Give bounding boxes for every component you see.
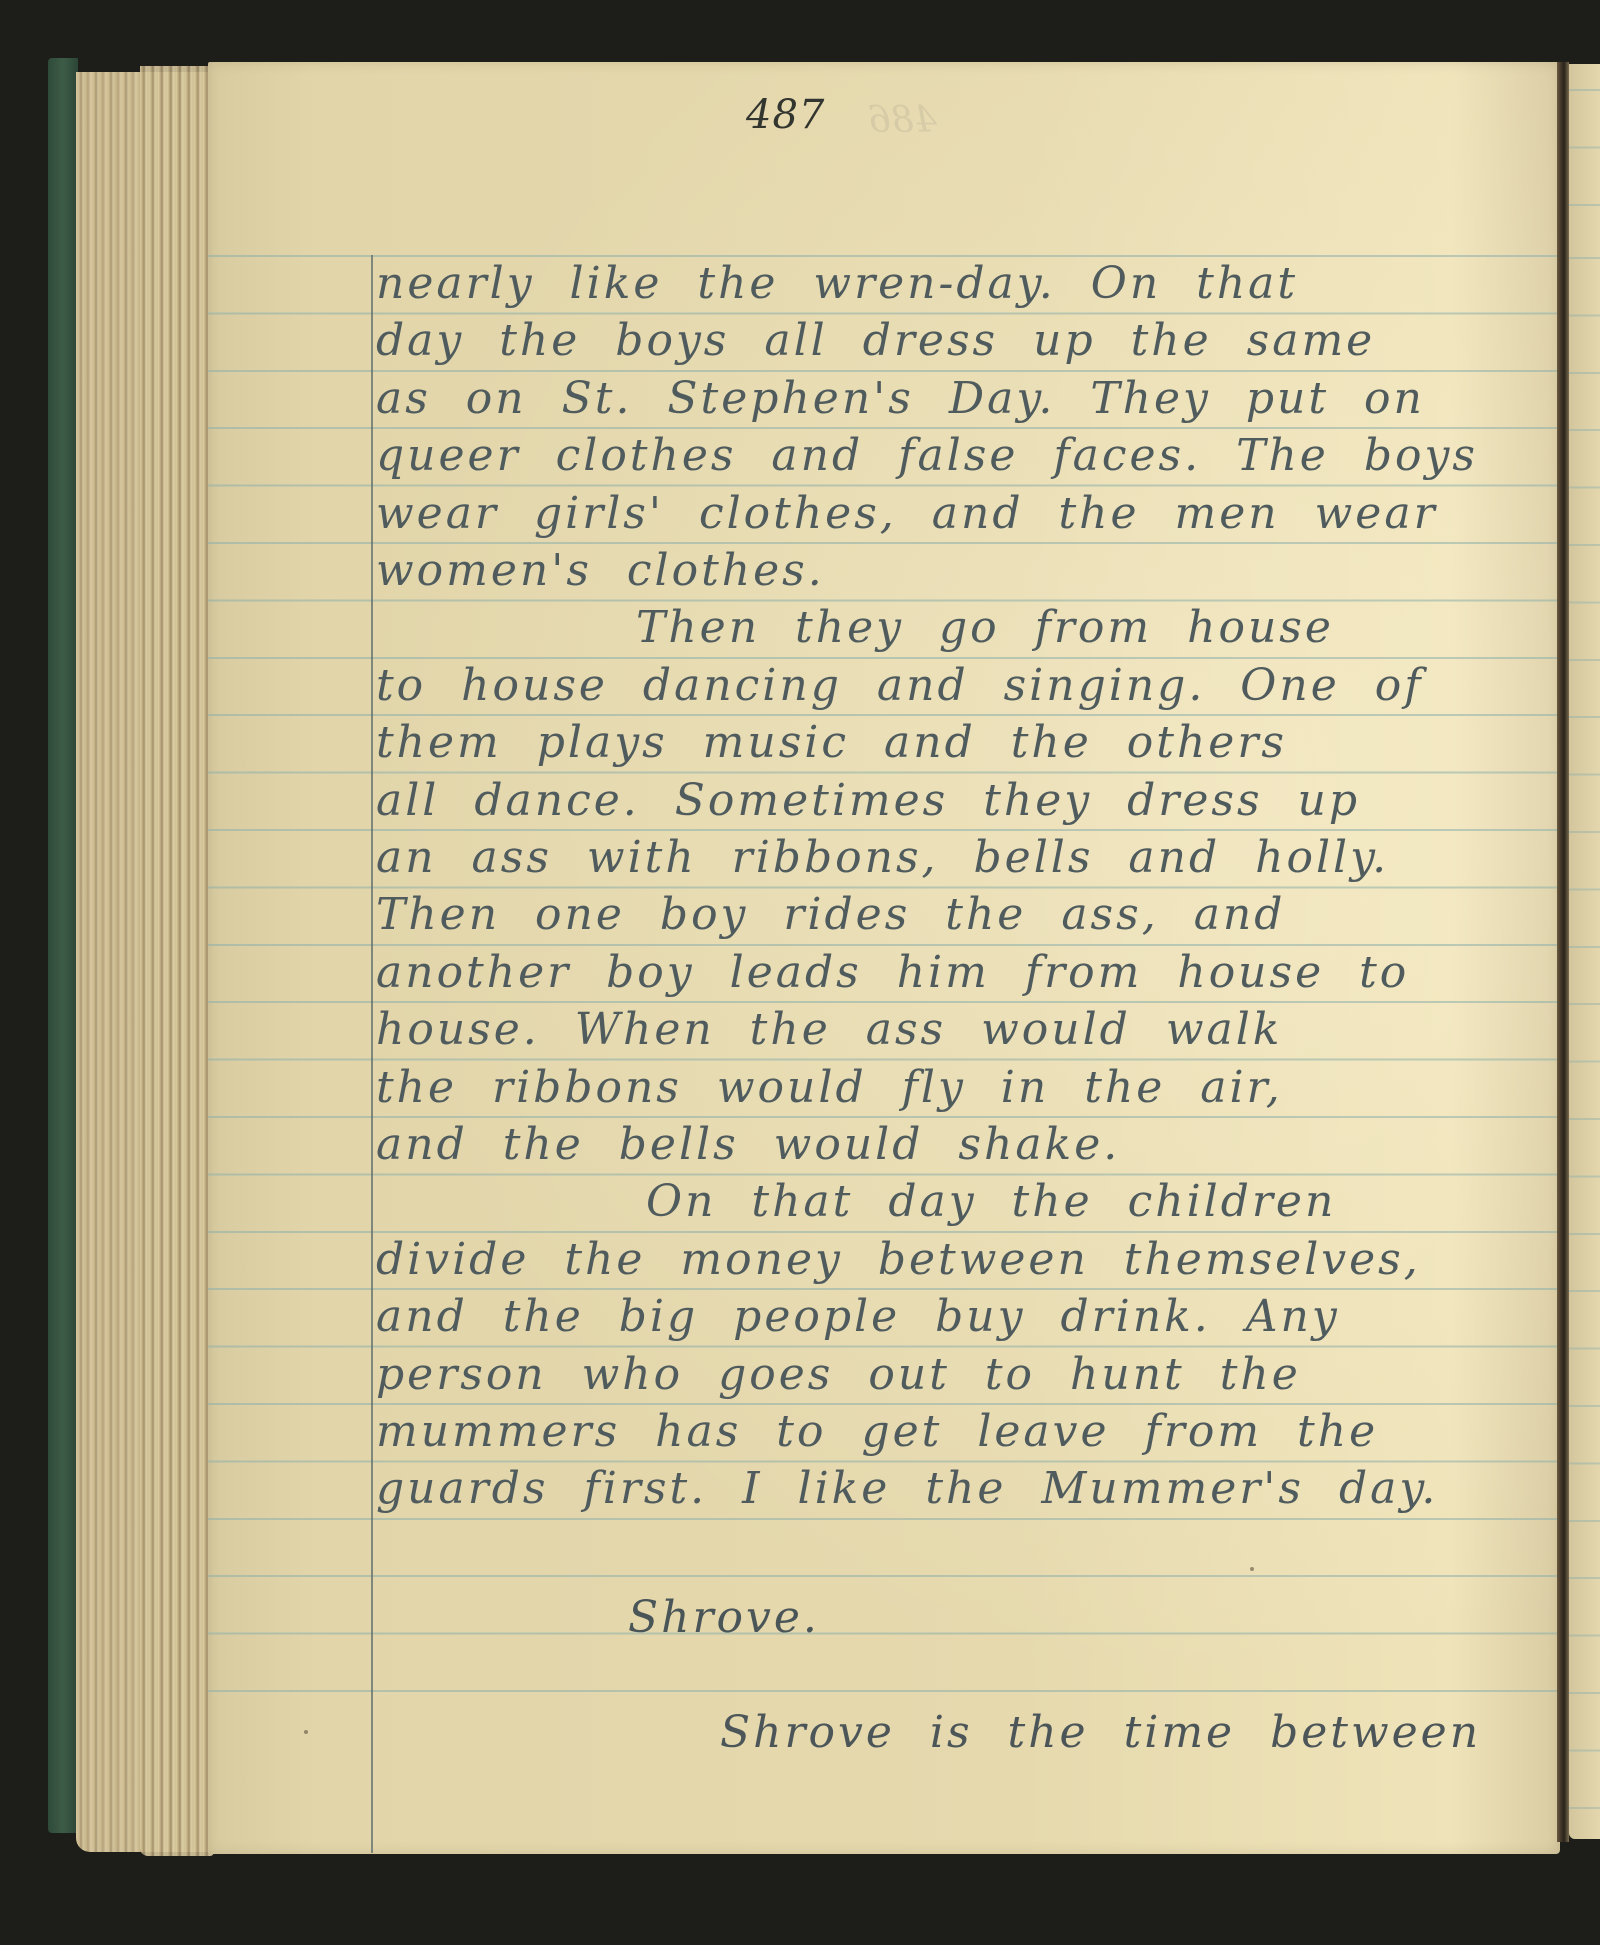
text-line-indented: On that day the children [646,1173,1336,1230]
text-line: the ribbons would fly in the air, [376,1059,1283,1116]
paper-speck [1250,1567,1254,1571]
text-line: to house dancing and singing. One of [376,657,1424,714]
page-number: 487 [746,92,825,138]
text-line: and the big people buy drink. Any [376,1288,1340,1345]
text-line: and the bells would shake. [376,1116,1120,1173]
margin-line [371,255,373,1853]
section-heading: Shrove. [628,1589,820,1646]
text-line: house. When the ass would walk [376,1001,1282,1058]
text-line: day the boys all dress up the same [376,312,1375,369]
text-line: Then one boy rides the ass, and [376,886,1285,943]
text-line: person who goes out to hunt the [376,1346,1301,1403]
text-line: wear girls' clothes, and the men wear [376,485,1438,542]
text-line: another boy leads him from house to [376,944,1409,1001]
text-line: queer clothes and false faces. The boys [376,427,1478,484]
text-line: mummers has to get leave from the [376,1403,1378,1460]
text-line-indented: Shrove is the time between [720,1704,1481,1761]
page-edges-inner [140,66,214,1856]
book-gutter [1557,62,1569,1842]
text-line-indented: Then they go from house [636,599,1334,656]
text-line: all dance. Sometimes they dress up [376,772,1360,829]
scanned-book-spread: 486 487 nearly like the wren-day. On tha… [0,0,1600,1945]
text-line: women's clothes. [376,542,825,599]
notebook-page: 486 487 nearly like the wren-day. On tha… [208,62,1560,1854]
text-line: guards first. I like the Mummer's day. [376,1460,1438,1517]
text-line: as on St. Stephen's Day. They put on [376,370,1425,427]
paper-speck [304,1730,308,1734]
text-line: nearly like the wren-day. On that [376,255,1298,312]
book-cover-edge [48,58,78,1833]
text-line: them plays music and the others [376,714,1287,771]
text-line: divide the money between themselves, [376,1231,1421,1288]
facing-page-edge [1569,64,1600,1839]
text-line: an ass with ribbons, bells and holly. [376,829,1389,886]
bleed-through-page-number: 486 [868,100,937,141]
